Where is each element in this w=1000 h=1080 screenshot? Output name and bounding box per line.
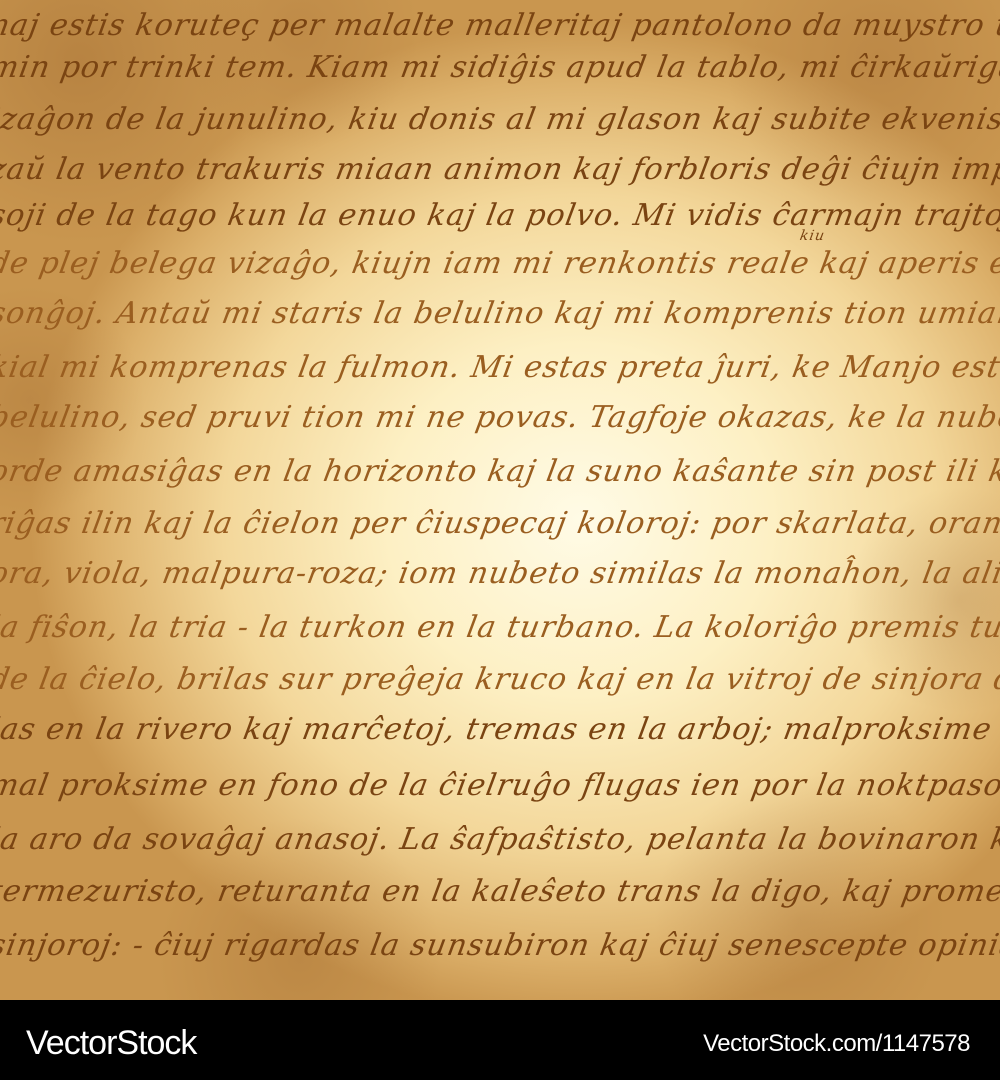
watermark-bar: VectorStock VectorStock.com/1147578 [0, 1000, 1000, 1080]
watermark-brand: VectorStock [26, 1024, 196, 1063]
text-line: ora, viola, malpura-roza; iom nubeto sim… [0, 556, 1000, 591]
text-line: las en la rivero kaj marĉetoj, tremas en… [0, 712, 995, 747]
text-line: naj estis koruteç per malalte malleritaj… [0, 8, 1000, 43]
text-line: orde amasiĝas en la horizonto kaj la sun… [0, 454, 1000, 489]
margin-annotation: kiu [799, 228, 827, 244]
text-line: de plej belega vizaĝo, kiujn iam mi renk… [0, 246, 1000, 281]
text-line: soji de la tago kun la enuo kaj la polvo… [0, 198, 1000, 233]
watermark-reference: VectorStock.com/1147578 [703, 1030, 970, 1058]
text-line: termezuristo, returanta en la kaleŝeto t… [0, 874, 1000, 909]
text-line: sonĝoj. Antaŭ mi staris la belulino kaj … [0, 296, 1000, 331]
text-line: izaĝon de la junulino, kiu donis al mi g… [0, 102, 1000, 137]
text-line: mal proksime en fono de la ĉielruĝo flug… [0, 768, 1000, 803]
text-line: la fiŝon, la tria - la turkon en la turb… [0, 610, 1000, 645]
text-line: zaŭ la vento trakuris miaan animon kaj f… [0, 152, 1000, 187]
text-line: riĝas ilin kaj la ĉielon per ĉiuspecaj k… [0, 506, 1000, 541]
manuscript-page: naj estis koruteç per malalte malleritaj… [0, 0, 1000, 1000]
text-line: kial mi komprenas la fulmon. Mi estas pr… [0, 350, 1000, 385]
text-line: belulino, sed pruvi tion mi ne povas. Ta… [0, 400, 1000, 435]
text-line: la aro da sovaĝaj anasoj. La ŝafpaŝtisto… [0, 822, 1000, 857]
text-line: sinjoroj: - ĉiuj rigardas la sunsubiron … [0, 928, 1000, 963]
text-line: de la ĉielo, brilas sur preĝeja kruco ka… [0, 662, 1000, 697]
text-line: min por trinki tem. Kiam mi sidiĝis apud… [0, 50, 1000, 85]
